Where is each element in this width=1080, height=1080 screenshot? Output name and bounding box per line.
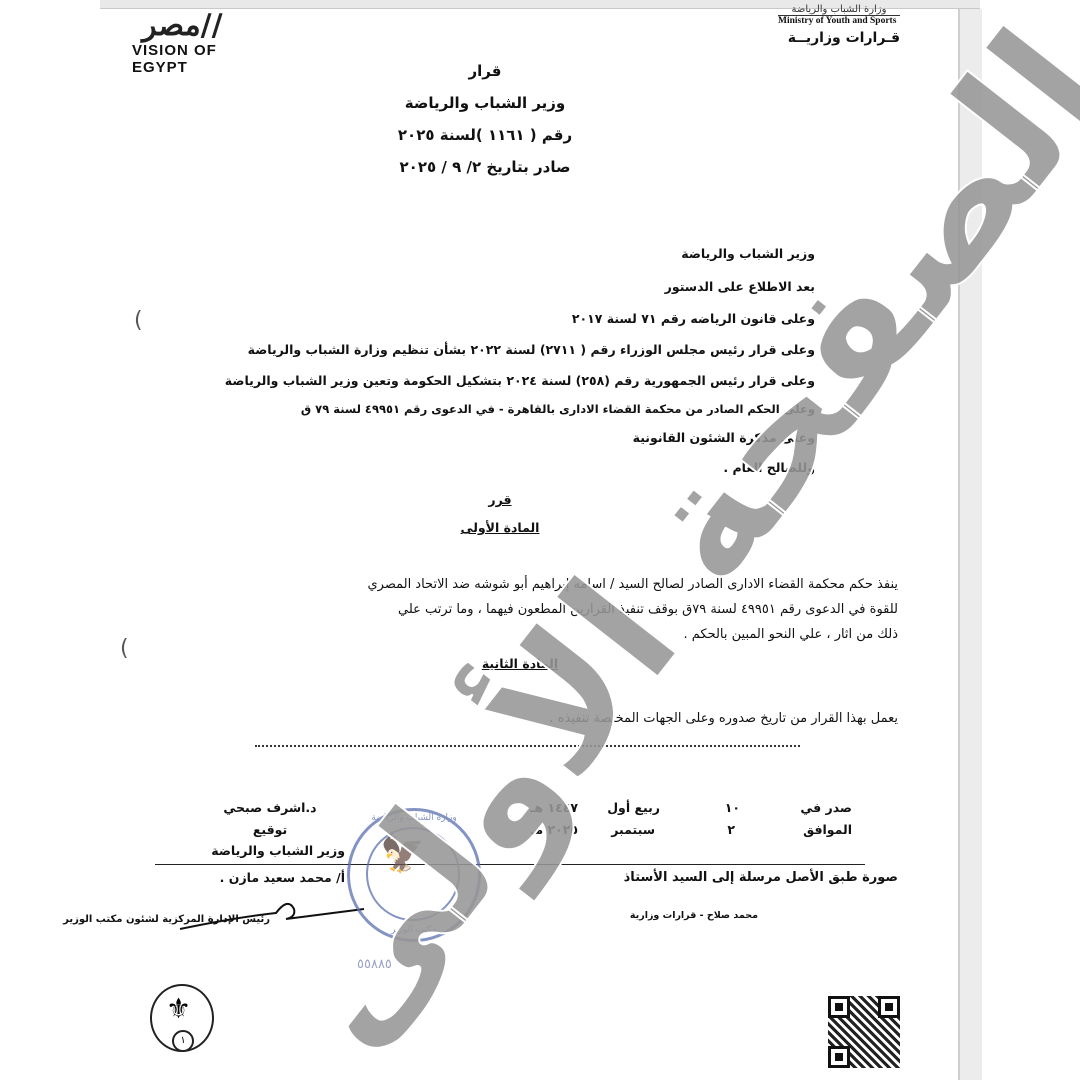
copy-sent-to: صورة طبق الأصل مرسلة إلى السيد الأستاذ [624,870,898,885]
scan-mark: ( [120,636,129,661]
signatory-title: وزير الشباب والرياضة [211,843,345,858]
page-number: ١ [172,1030,194,1052]
corresponding-year: ٢٠٢٥ مـ [531,822,578,837]
scrollbar[interactable] [958,9,982,1080]
corresponding-month: سبتمبر [611,822,655,837]
article2-text: يعمل بهذا القرار من تاريخ صدوره وعلى الج… [549,711,898,726]
signatory-name: د.اشرف صبحي [215,800,325,815]
preamble-line: وعلى قانون الرياضه رقم ٧١ لسنة ٢٠١٧ [572,311,815,326]
copy-clerk: محمد صلاح - قرارات وزارية [630,910,758,921]
preamble-line: وزير الشباب والرياضة [681,246,815,261]
issued-month: ربيع أول [607,800,660,815]
title-minister: وزير الشباب والرياضة [340,94,630,112]
logo-caption: VISION OF EGYPT [132,42,272,76]
signature-label: توقيع [215,822,325,837]
preamble-line: وعلى قرار رئيس مجلس الوزراء رقم ( ٢٧١١) … [248,342,815,357]
ministry-header: وزارة الشباب والرياضة Ministry of Youth … [778,4,900,46]
ministry-section: قـرارات وزاريــة [778,30,900,46]
issued-year: ١٤٤٧ هـ [530,800,578,815]
corresponding-label: الموافق [803,822,852,837]
decided-heading: قرر [470,492,530,507]
article1-line: ذلك من اثار ، علي النحو المبين بالحكم . [683,627,898,642]
preamble-line: وعلى الحكم الصادر من محكمة القضاء الادار… [301,402,815,416]
ministry-name-ar: وزارة الشباب والرياضة [778,4,900,16]
article1-line: للقوة في الدعوى رقم ٤٩٩٥١ لسنة ٧٩ق بوقف … [398,602,898,617]
horizontal-rule [155,864,865,865]
logo-mark-icon: مصر// [142,8,223,43]
eagle-emblem-icon: 🦅 [380,833,425,875]
corresponding-day: ٢ [727,822,735,837]
issued-day: ١٠ [725,800,740,815]
issued-label: صدر في [800,800,852,815]
serial-number-stamp: ٥٥٨٨٥ [357,957,392,972]
handwritten-signature [178,895,368,935]
scan-mark: ( [134,308,143,333]
title-number: رقم ( ١١٦١ )لسنة ٢٠٢٥ [340,126,630,144]
qr-code-icon [828,996,900,1068]
preamble-line: بعد الاطلاع على الدستور [665,279,815,294]
title-decision: قرار [400,62,570,80]
preamble-line: وعلى قرار رئيس الجمهورية رقم (٢٥٨) لسنة … [225,373,815,388]
ministry-stamp: وزارة الشباب والرياضة 🦅 مكتب الوزير [347,808,481,942]
preamble-line: وعلى مذكرة الشئون القانونية [633,430,815,445]
copy-officer: أ/ محمد سعيد مازن . [220,870,345,885]
ministry-name-en: Ministry of Youth and Sports [778,16,900,26]
egypt-eagle-emblem-icon: ⚜ ١ [150,984,214,1052]
article1-heading: المادة الأولى [430,520,570,535]
article2-heading: المادة الثانية [450,656,590,671]
title-date: صادر بتاريخ ٢/ ٩ / ٢٠٢٥ [340,158,630,176]
dotted-separator [255,745,800,747]
preamble-line: وللصالح العام . [723,460,815,475]
vision-egypt-logo: مصر// VISION OF EGYPT [132,8,272,60]
article1-line: ينفذ حكم محكمة القضاء الادارى الصادر لصا… [367,577,898,592]
